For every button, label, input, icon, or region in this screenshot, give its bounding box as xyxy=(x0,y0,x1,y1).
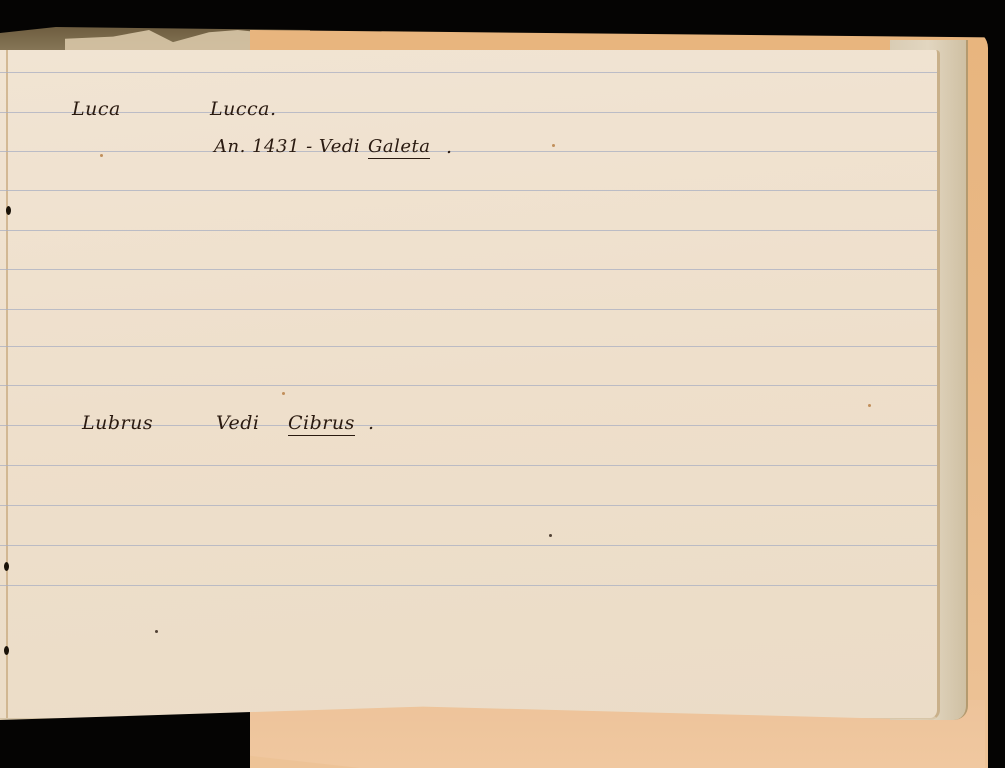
ruled-line xyxy=(0,309,937,310)
ruled-line xyxy=(0,72,937,73)
punctuation: . xyxy=(368,412,375,434)
notebook-page: Luca Lucca. An. 1431 - Vedi Galeta . Lub… xyxy=(0,50,940,720)
punctuation: . xyxy=(446,136,453,158)
ruled-line xyxy=(0,505,937,506)
ruled-line xyxy=(0,112,937,113)
binding-hole xyxy=(6,206,11,215)
ruled-line xyxy=(0,230,937,231)
ruled-line xyxy=(0,585,937,586)
entry-text: Vedi xyxy=(216,412,259,434)
paper-speck xyxy=(868,404,871,407)
ruled-line xyxy=(0,346,937,347)
headword-lubrus: Lubrus xyxy=(82,412,153,434)
paper-speck xyxy=(549,534,552,537)
binding-hole xyxy=(4,562,9,571)
ruled-line xyxy=(0,385,937,386)
ruled-line xyxy=(0,269,937,270)
paper-speck xyxy=(155,630,158,633)
ruled-line xyxy=(0,545,937,546)
paper-speck xyxy=(100,154,103,157)
cross-reference: Cibrus xyxy=(288,412,355,436)
ruled-line xyxy=(0,190,937,191)
entry-text: Lucca. xyxy=(210,98,277,120)
ruled-line xyxy=(0,151,937,152)
headword-luca: Luca xyxy=(72,98,121,120)
paper-speck xyxy=(282,392,285,395)
paper-speck xyxy=(552,144,555,147)
entry-text: An. 1431 - Vedi xyxy=(214,136,360,157)
cross-reference: Galeta xyxy=(368,136,430,159)
binding-hole xyxy=(4,646,9,655)
ruled-line xyxy=(0,465,937,466)
